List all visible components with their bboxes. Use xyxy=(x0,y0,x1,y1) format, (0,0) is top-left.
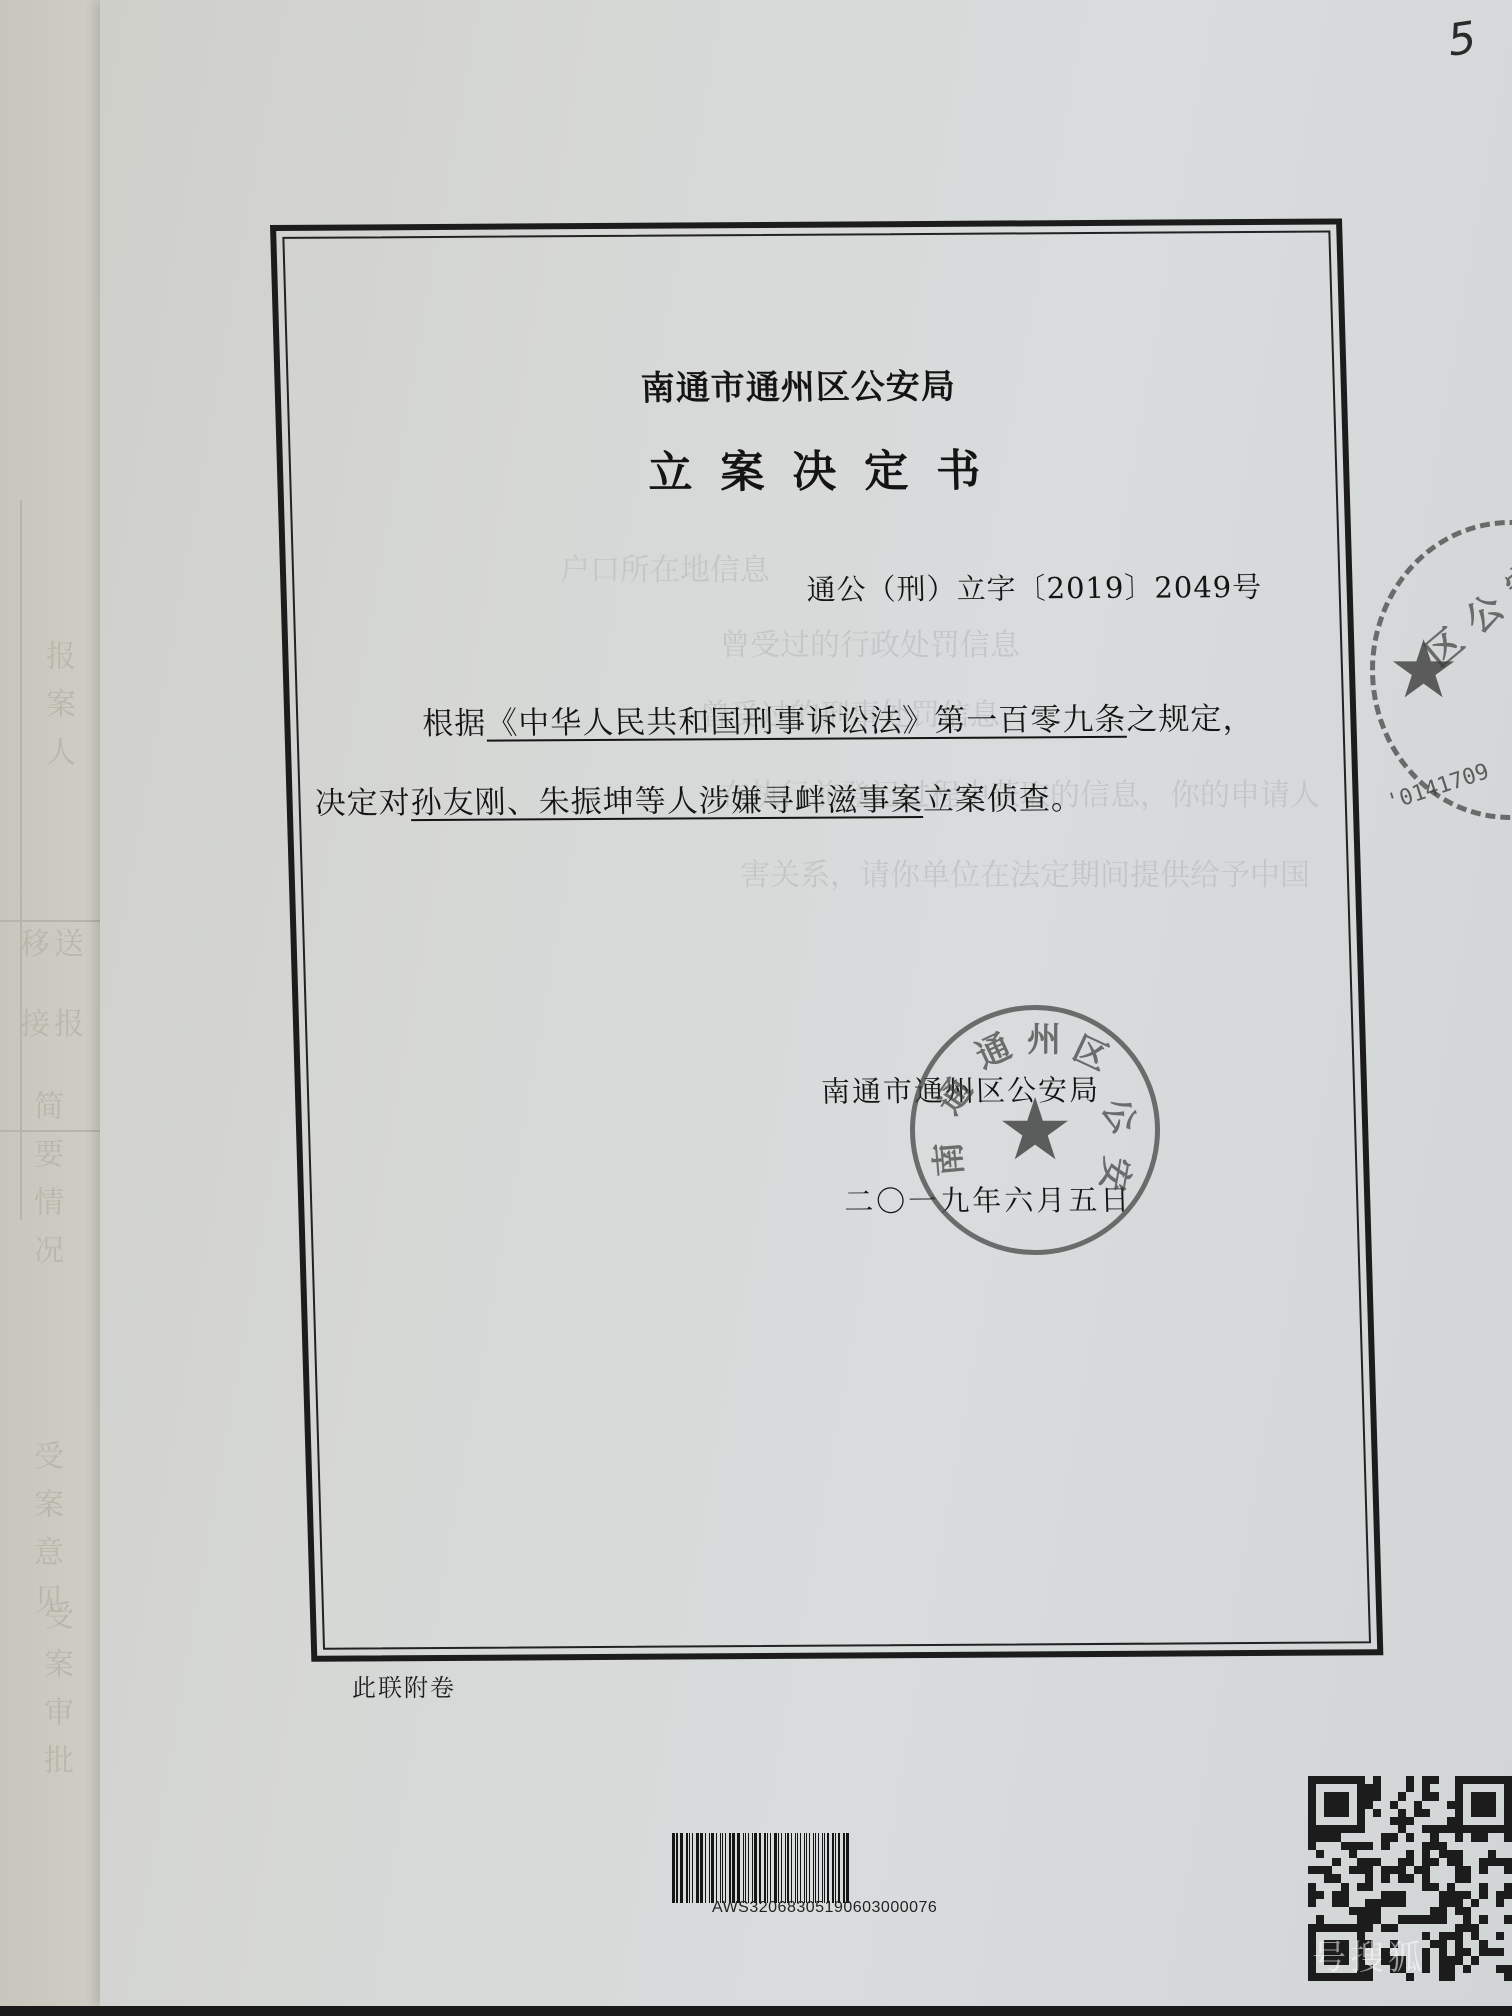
watermark: 号搜狐 xyxy=(1312,1930,1426,1979)
seal-char: 通 xyxy=(966,1019,1018,1078)
case-subjects: 孙友刚、朱振坤等人涉嫌寻衅滋事案 xyxy=(410,782,923,821)
body-suffix: 立案侦查。 xyxy=(922,781,1083,818)
seal-char: 通 xyxy=(922,1067,982,1123)
body-line-2: 决定对孙友刚、朱振坤等人涉嫌寻衅滋事案立案侦查。 xyxy=(314,773,1083,823)
body-suffix: 之规定， xyxy=(1126,701,1255,738)
bleed-label: 接报 xyxy=(20,1010,88,1040)
star-icon: ★ xyxy=(1388,630,1460,710)
form-rule xyxy=(0,920,110,922)
barcode-number: AWS32068305190603000076 xyxy=(712,1899,937,1917)
bleed-label: 移送 xyxy=(20,930,88,960)
body-line-1: 根据《中华人民共和国刑事诉讼法》第一百零九条之规定， xyxy=(360,693,1255,743)
form-rule xyxy=(20,500,22,1220)
bleed-label: 报案人 xyxy=(42,640,72,784)
bleed-label: 简要情况 xyxy=(30,1090,60,1282)
document-frame: 南通市通州区公安局 立案决定书 通公（刑）立字〔2019〕2049号 根据《中华… xyxy=(270,218,1383,1661)
document-number: 通公（刑）立字〔2019〕2049号 xyxy=(806,565,1263,609)
body-prefix: 根据 xyxy=(422,706,487,742)
table-surface xyxy=(0,2006,1512,2016)
body-prefix: 决定对 xyxy=(314,785,411,822)
seal-char: 南 xyxy=(920,1140,972,1178)
official-seal: ★ 通 通 州 区 公 安 南 xyxy=(910,1005,1160,1255)
barcode xyxy=(672,1833,1002,1903)
seal-char: 公 xyxy=(1092,1088,1151,1142)
copy-note: 此联附卷 xyxy=(352,1668,456,1703)
seal-char: 安 xyxy=(1091,1154,1145,1196)
bleed-label: 受案审批 xyxy=(40,1600,70,1792)
legal-basis: 《中华人民共和国刑事诉讼法》第一百零九条 xyxy=(486,702,1127,742)
seal-char: 州 xyxy=(1027,1012,1061,1061)
seal-char: 区 xyxy=(1066,1021,1118,1080)
star-icon: ★ xyxy=(996,1087,1073,1173)
agency-header: 南通市通州区公安局 xyxy=(640,359,956,410)
document-title: 立案决定书 xyxy=(647,435,1009,501)
